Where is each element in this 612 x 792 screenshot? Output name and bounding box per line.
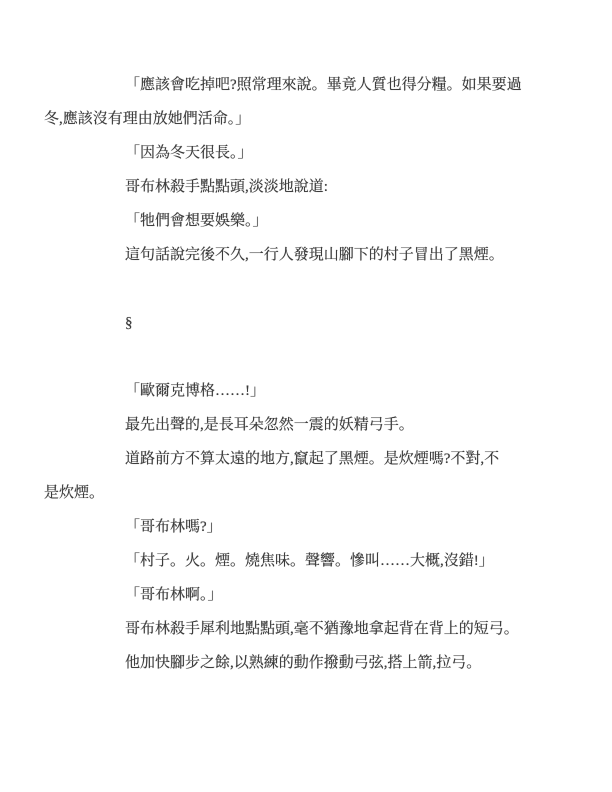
text-line: 冬,應該沒有理由放她們活命。」	[44, 102, 568, 136]
section-break-mark: §	[44, 306, 568, 340]
text-line: 道路前方不算太遠的地方,竄起了黑煙。是炊煙嗎?不對,不	[44, 442, 568, 476]
text-line: 「應該會吃掉吧?照常理來說。畢竟人質也得分糧。如果要過	[44, 68, 568, 102]
document-page: 「應該會吃掉吧?照常理來說。畢竟人質也得分糧。如果要過冬,應該沒有理由放她們活命…	[0, 0, 612, 792]
text-line: 「哥布林啊。」	[44, 578, 568, 612]
text-line: 是炊煙。	[44, 476, 568, 510]
text-block: 「應該會吃掉吧?照常理來說。畢竟人質也得分糧。如果要過冬,應該沒有理由放她們活命…	[44, 68, 568, 680]
text-line: 「歐爾克博格……!」	[44, 374, 568, 408]
text-line: 「村子。火。煙。燒焦味。聲響。慘叫……大概,沒錯!」	[44, 544, 568, 578]
text-line: 他加快腳步之餘,以熟練的動作撥動弓弦,搭上箭,拉弓。	[44, 646, 568, 680]
text-line: 哥布林殺手犀利地點點頭,毫不猶豫地拿起背在背上的短弓。	[44, 612, 568, 646]
text-line: 哥布林殺手點點頭,淡淡地說道:	[44, 170, 568, 204]
text-line: 這句話說完後不久,一行人發現山腳下的村子冒出了黑煙。	[44, 238, 568, 272]
text-line: 「牠們會想要娛樂。」	[44, 204, 568, 238]
text-line: 最先出聲的,是長耳朵忽然一震的妖精弓手。	[44, 408, 568, 442]
text-line: 「因為冬天很長。」	[44, 136, 568, 170]
text-line: 「哥布林嗎?」	[44, 510, 568, 544]
